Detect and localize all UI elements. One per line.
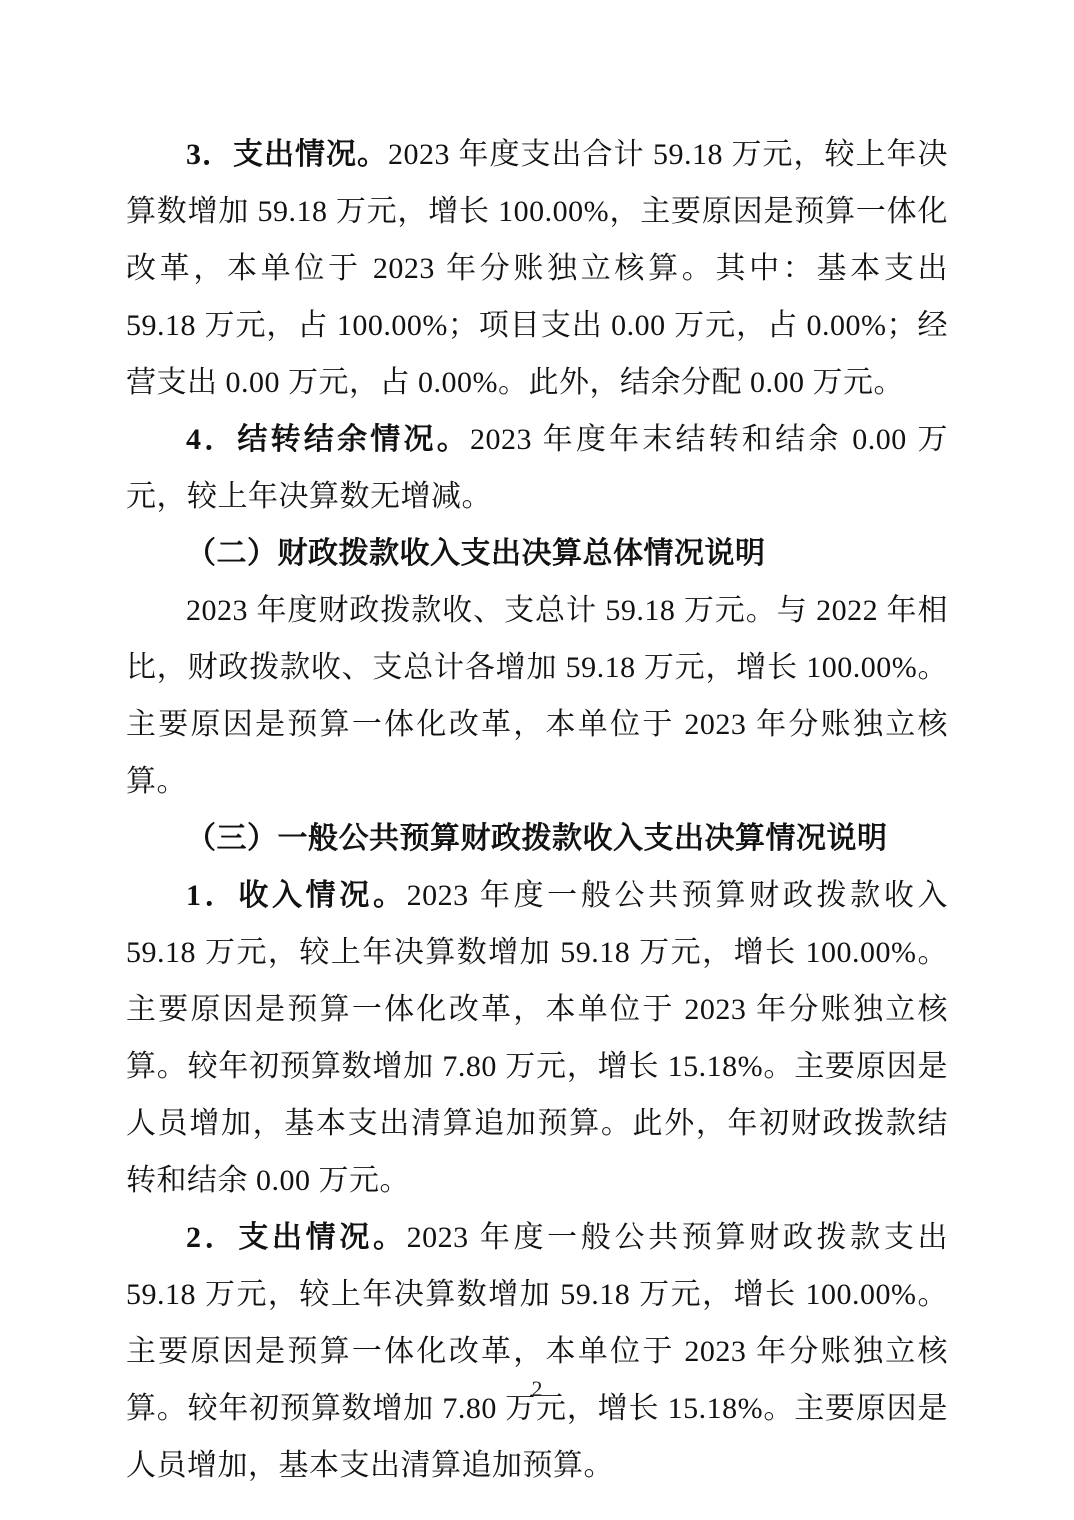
section-heading-fiscal-appropriation: （二）财政拨款收入支出决算总体情况说明 [126,525,948,582]
paragraph-text: 2023 年度财政拨款收、支总计 59.18 万元。与 2022 年相比，财政拨… [126,594,948,798]
paragraph-expenditure-situation: 2．支出情况。2023 年度一般公共预算财政拨款支出 59.18 万元，较上年决… [126,1209,948,1494]
paragraph-text: 2023 年度支出合计 59.18 万元，较上年决算数增加 59.18 万元，增… [126,138,948,399]
paragraph-income-situation: 1．收入情况。2023 年度一般公共预算财政拨款收入 59.18 万元，较上年决… [126,867,948,1209]
paragraph-fiscal-appropriation-total: 2023 年度财政拨款收、支总计 59.18 万元。与 2022 年相比，财政拨… [126,582,948,810]
paragraph-text: 2023 年度一般公共预算财政拨款收入 59.18 万元，较上年决算数增加 59… [126,879,948,1197]
paragraph-lead: 4．结转结余情况。 [186,423,470,456]
paragraph-text: 2023 年度一般公共预算财政拨款支出 59.18 万元，较上年决算数增加 59… [126,1221,948,1482]
paragraph-carryover-overview: 4．结转结余情况。2023 年度年末结转和结余 0.00 万元，较上年决算数无增… [126,411,948,525]
paragraph-lead: 3．支出情况。 [186,138,388,171]
page-number: 2 [0,1374,1074,1404]
paragraph-lead: 1．收入情况。 [186,879,407,912]
section-heading-general-public-budget: （三）一般公共预算财政拨款收入支出决算情况说明 [126,810,948,867]
paragraph-lead: 2．支出情况。 [186,1221,407,1254]
document-page: 3．支出情况。2023 年度支出合计 59.18 万元，较上年决算数增加 59.… [0,0,1074,1520]
paragraph-expenditure-overview: 3．支出情况。2023 年度支出合计 59.18 万元，较上年决算数增加 59.… [126,126,948,411]
